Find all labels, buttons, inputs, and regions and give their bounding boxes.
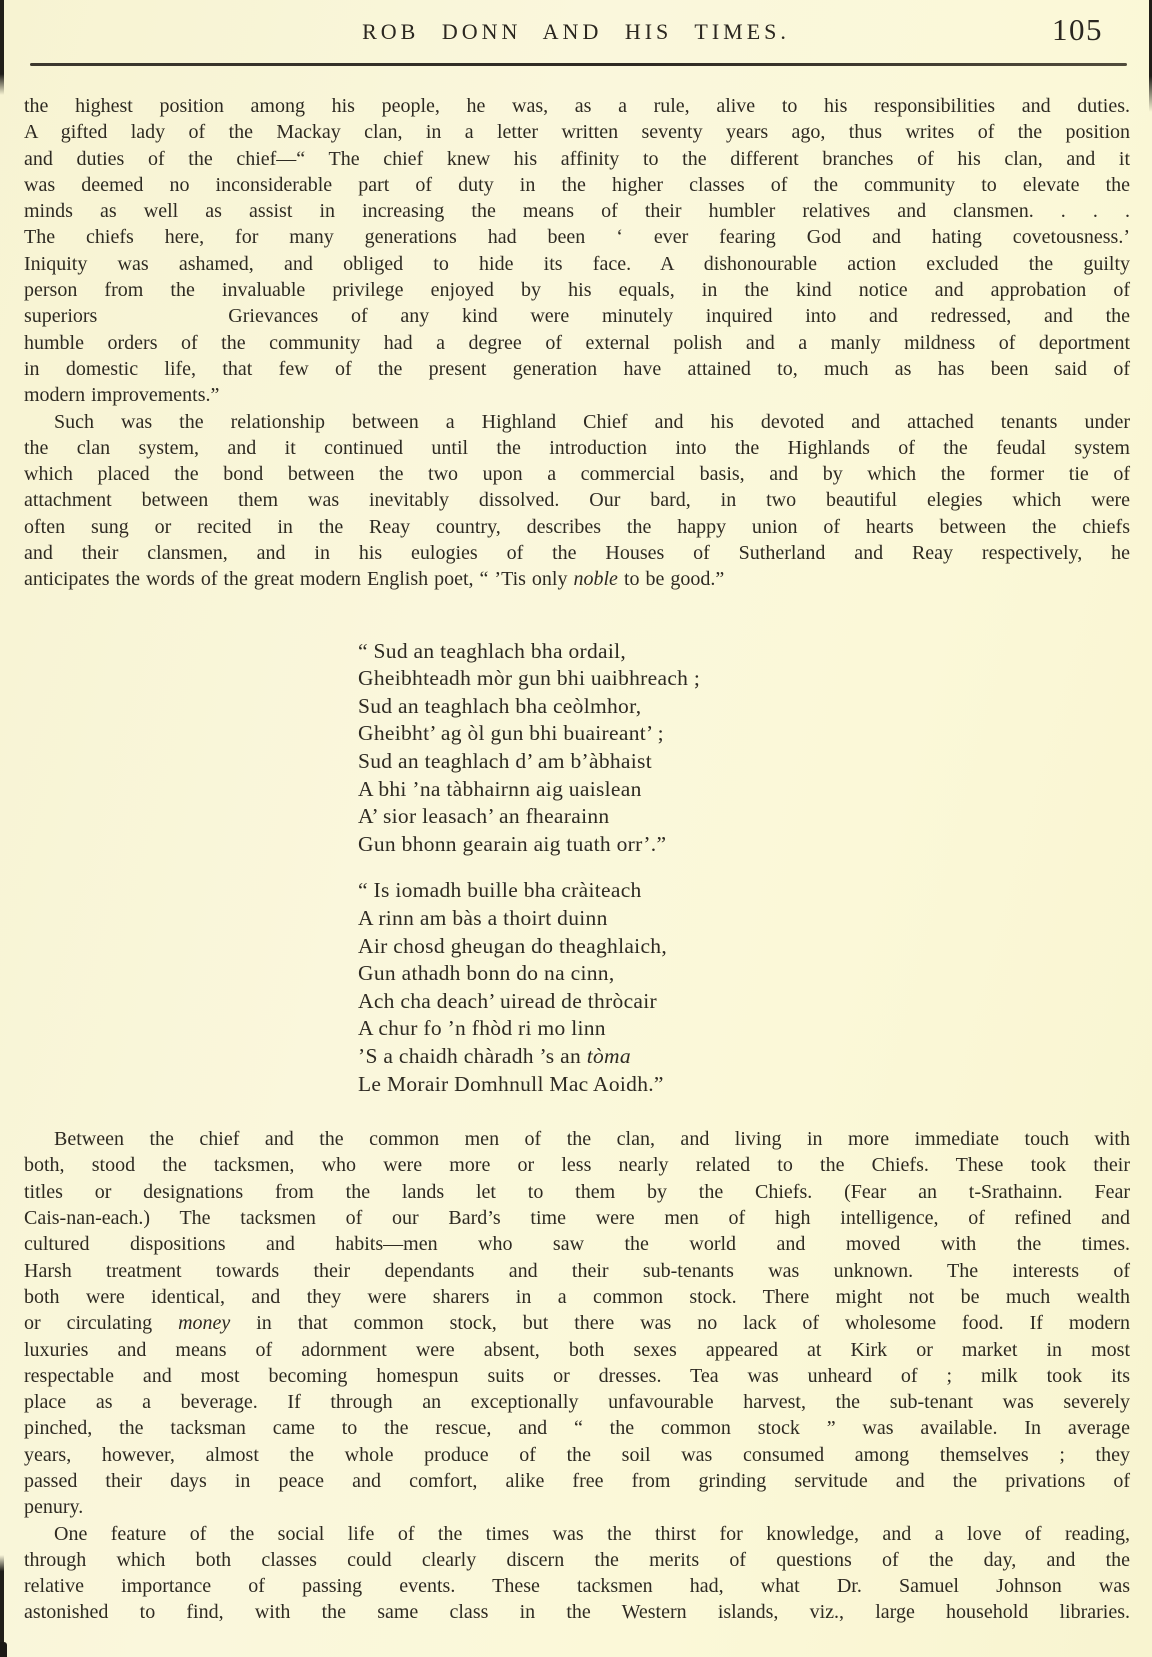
page-header: ROB DONN AND HIS TIMES. 105: [0, 0, 1152, 93]
text-line: pinched, the tacksman came to the rescue…: [24, 1415, 1130, 1441]
text-line: anticipates the words of the great moder…: [24, 566, 1130, 592]
text-line: humble orders of the community had a deg…: [24, 330, 1130, 356]
text-line: and duties of the chief—“ The chief knew…: [24, 146, 1130, 172]
text-line: person from the invaluable privilege enj…: [24, 277, 1130, 303]
text-line: attachment between them was inevitably d…: [24, 487, 1130, 513]
text-line: the highest position among his people, h…: [24, 93, 1130, 119]
text-line: both, stood the tacksmen, who were more …: [24, 1152, 1130, 1178]
text-line: Iniquity was ashamed, and obliged to hid…: [24, 251, 1130, 277]
text-line: Cais-nan-each.) The tacksmen of our Bard…: [24, 1205, 1130, 1231]
text-line: “ Is iomadh buille bha cràiteach: [358, 877, 1130, 905]
text-line: A rinn am bàs a thoirt duinn: [358, 905, 1130, 933]
scan-edge-artifact-bottom-left-corner: [0, 1642, 7, 1657]
text-line: Sud an teaghlach d’ am b’àbhaist: [358, 748, 1130, 776]
text-segment: or circulating: [24, 1312, 178, 1334]
text-line: superiors Grievances of any kind were mi…: [24, 303, 1130, 329]
text-segment: to be good.”: [618, 568, 724, 590]
text-line: Sud an teaghlach bha ceòlmhor,: [358, 693, 1130, 721]
verse-stanza-2: “ Is iomadh buille bha cràiteachA rinn a…: [358, 877, 1130, 1098]
text-segment: ’S a chaidh chàradh ’s an: [358, 1044, 587, 1068]
text-line: Harsh treatment towards their dependants…: [24, 1258, 1130, 1284]
text-line: Gun athadh bonn do na cinn,: [358, 960, 1130, 988]
text-line: ’S a chaidh chàradh ’s an tòma: [358, 1043, 1130, 1071]
paragraph-4: One feature of the social life of the ti…: [24, 1521, 1130, 1626]
italic-word: noble: [574, 568, 618, 590]
text-line: Le Morair Domhnull Mac Aoidh.”: [358, 1071, 1130, 1099]
page-body: the highest position among his people, h…: [0, 93, 1152, 1626]
text-line: passed their days in peace and comfort, …: [24, 1468, 1130, 1494]
text-line: which placed the bond between the two up…: [24, 461, 1130, 487]
text-line: A chur fo ’n fhòd ri mo linn: [358, 1015, 1130, 1043]
italic-word: tòma: [587, 1044, 631, 1068]
text-line: “ Sud an teaghlach bha ordail,: [358, 638, 1130, 666]
paragraph-2: Such was the relationship between a High…: [24, 409, 1130, 593]
scan-edge-artifact-top-left: [0, 0, 4, 95]
text-line: Gheibhteadh mòr gun bhi uaibhreach ;: [358, 665, 1130, 693]
page-number: 105: [1052, 12, 1103, 48]
book-page: ROB DONN AND HIS TIMES. 105 the highest …: [0, 0, 1152, 1657]
paragraph-3: Between the chief and the common men of …: [24, 1126, 1130, 1520]
text-line: A’ sior leasach’ an fhearainn: [358, 803, 1130, 831]
text-line: modern improvements.”: [24, 382, 1130, 408]
text-segment: in that common stock, but there was no l…: [230, 1312, 1130, 1334]
text-line: cultured dispositions and habits—men who…: [24, 1231, 1130, 1257]
text-line: and their clansmen, and in his eulogies …: [24, 540, 1130, 566]
text-line: Such was the relationship between a High…: [24, 409, 1130, 435]
text-line: astonished to find, with the same class …: [24, 1599, 1130, 1625]
text-line: often sung or recited in the Reay countr…: [24, 514, 1130, 540]
text-line: the clan system, and it continued until …: [24, 435, 1130, 461]
text-line: relative importance of passing events. T…: [24, 1573, 1130, 1599]
text-line: Gun bhonn gearain aig tuath orr’.”: [358, 831, 1130, 859]
text-line: Air chosd gheugan do theaghlaich,: [358, 933, 1130, 961]
text-line: titles or designations from the lands le…: [24, 1179, 1130, 1205]
text-line: minds as well as assist in increasing th…: [24, 198, 1130, 224]
header-rule: [30, 63, 1127, 66]
text-line: respectable and most becoming homespun s…: [24, 1363, 1130, 1389]
text-line: The chiefs here, for many generations ha…: [24, 224, 1130, 250]
paragraph-1: the highest position among his people, h…: [24, 93, 1130, 409]
text-line: Between the chief and the common men of …: [24, 1126, 1130, 1152]
verse-stanza-1: “ Sud an teaghlach bha ordail,Gheibhtead…: [358, 638, 1130, 859]
text-line: Ach cha deach’ uiread de thròcair: [358, 988, 1130, 1016]
text-segment: anticipates the words of the great moder…: [24, 568, 574, 590]
text-line: both were identical, and they were share…: [24, 1284, 1130, 1310]
text-line: place as a beverage. If through an excep…: [24, 1389, 1130, 1415]
running-title: ROB DONN AND HIS TIMES.: [0, 19, 1152, 45]
text-line: or circulating money in that common stoc…: [24, 1310, 1130, 1336]
text-line: in domestic life, that few of the presen…: [24, 356, 1130, 382]
text-line: through which both classes could clearly…: [24, 1547, 1130, 1573]
text-line: A gifted lady of the Mackay clan, in a l…: [24, 119, 1130, 145]
text-line: One feature of the social life of the ti…: [24, 1521, 1130, 1547]
text-line: luxuries and means of adornment were abs…: [24, 1337, 1130, 1363]
text-line: Gheibht’ ag òl gun bhi buaireant’ ;: [358, 720, 1130, 748]
text-line: was deemed no inconsiderable part of dut…: [24, 172, 1130, 198]
text-line: years, however, almost the whole produce…: [24, 1442, 1130, 1468]
text-line: penury.: [24, 1494, 1130, 1520]
text-line: A bhi ’na tàbhairnn aig uaislean: [358, 776, 1130, 804]
italic-word: money: [178, 1312, 230, 1334]
